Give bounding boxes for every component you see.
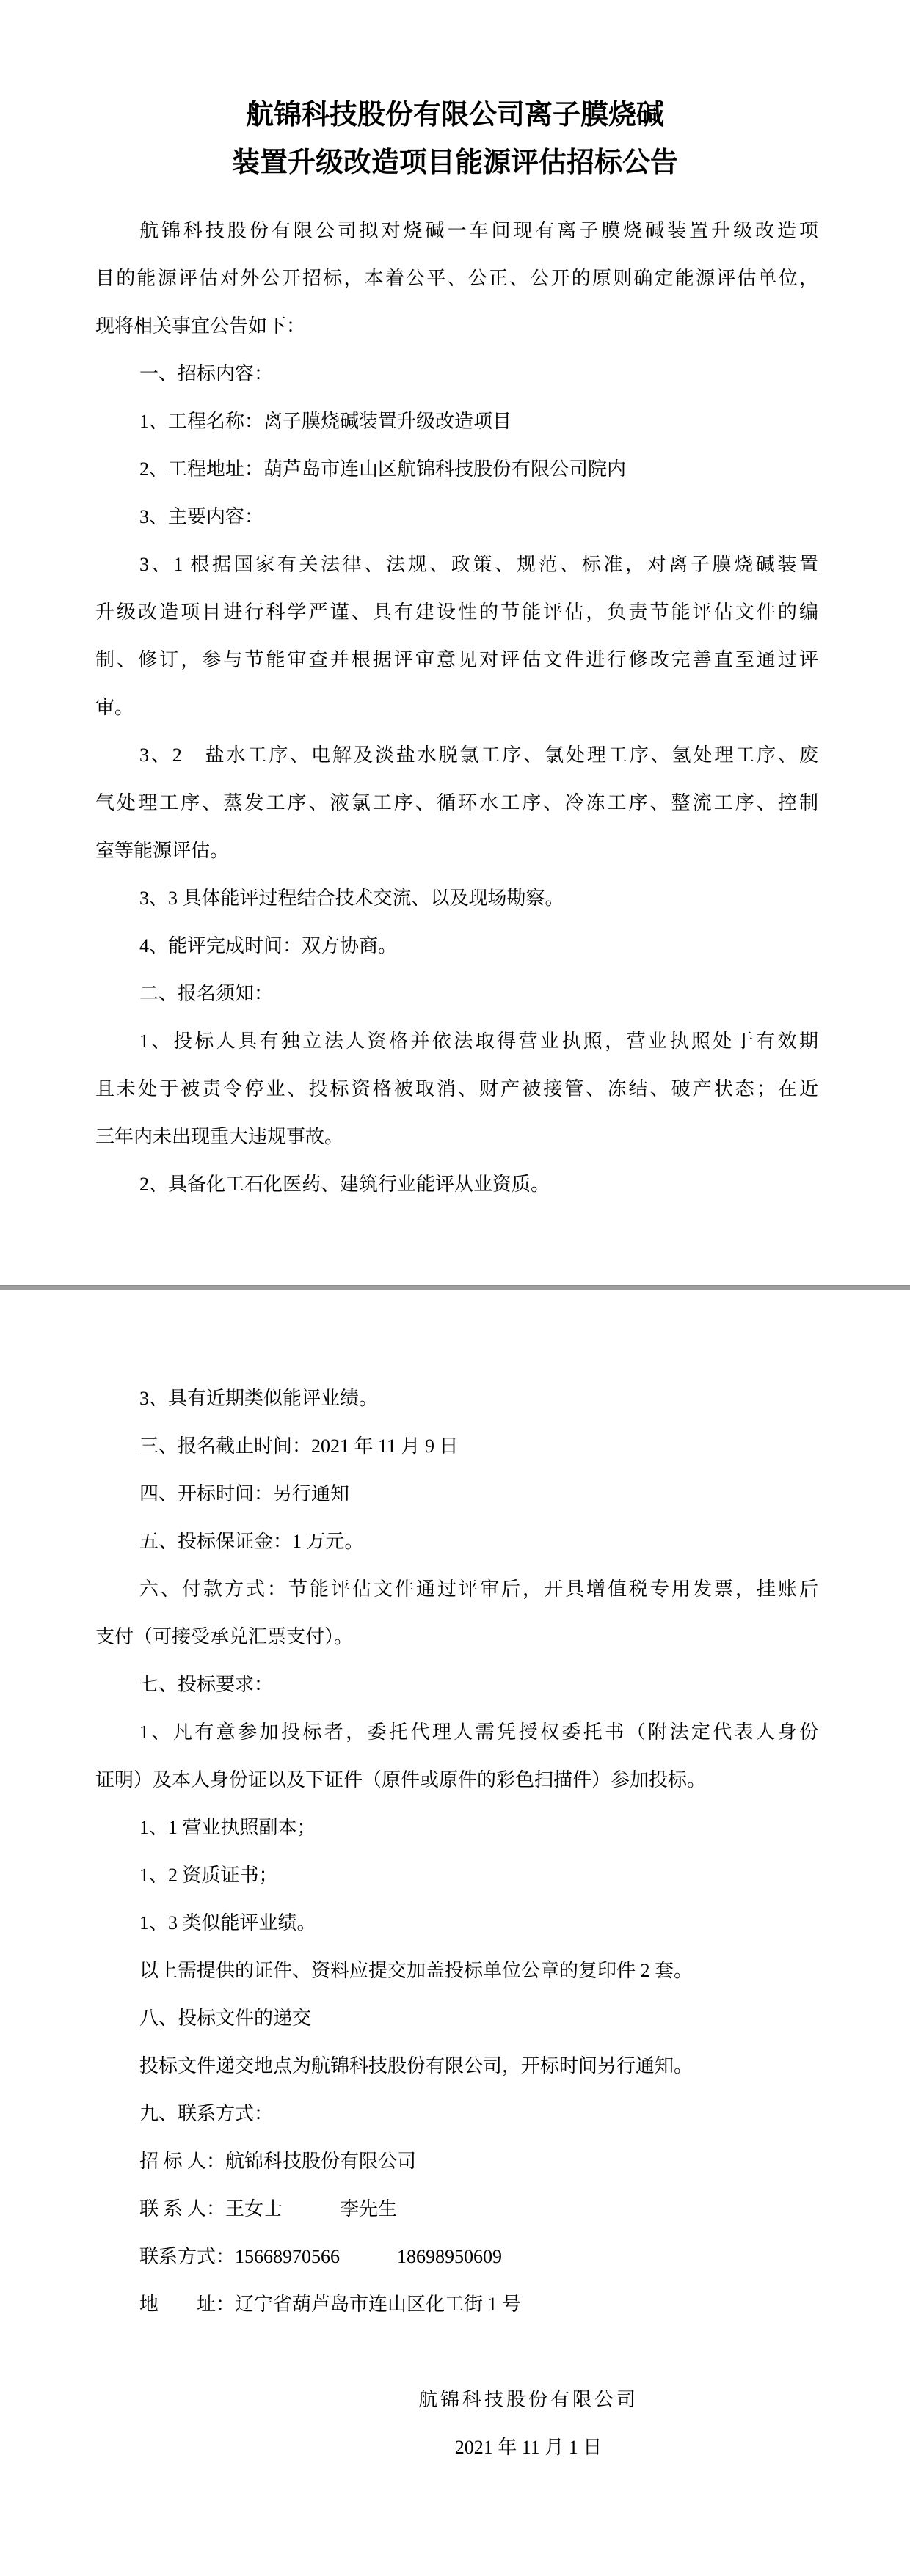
- page1-body: 航锦科技股份有限公司拟对烧碱一车间现有离子膜烧碱装置升级改造项目的能源评估对外公…: [0, 207, 910, 1208]
- text-line: 航锦科技股份有限公司拟对烧碱一车间现有离子膜烧碱装置升级改造项: [0, 207, 910, 255]
- text-line: 证明）及本人身份证以及下证件（原件或原件的彩色扫描件）参加投标。: [0, 1756, 910, 1804]
- text-line: 升级改造项目进行科学严谨、具有建设性的节能评估，负责节能评估文件的编: [0, 588, 910, 636]
- text-line: 现将相关事宜公告如下：: [0, 302, 910, 350]
- text-line: 1、投标人具有独立法人资格并依法取得营业执照，营业执照处于有效期: [0, 1017, 910, 1065]
- text-line: 七、投标要求：: [0, 1661, 910, 1708]
- text-line: 投标文件递交地点为航锦科技股份有限公司，开标时间另行通知。: [0, 2042, 910, 2090]
- text-line: 联 系 人：王女士 李先生: [0, 2185, 910, 2233]
- text-line: 且未处于被责令停业、投标资格被取消、财产被接管、冻结、破产状态；在近: [0, 1065, 910, 1113]
- text-line: 3、具有近期类似能评业绩。: [0, 1375, 910, 1422]
- text-line: 2、具备化工石化医药、建筑行业能评从业资质。: [0, 1160, 910, 1208]
- title-line-2: 装置升级改造项目能源评估招标公告: [0, 139, 910, 187]
- text-line: 3、主要内容：: [0, 493, 910, 541]
- text-line: 六、付款方式：节能评估文件通过评审后，开具增值税专用发票，挂账后: [0, 1565, 910, 1613]
- tender-announcement-document: 航锦科技股份有限公司离子膜烧碱 装置升级改造项目能源评估招标公告 航锦科技股份有…: [0, 0, 910, 2471]
- text-line: 以上需提供的证件、资料应提交加盖投标单位公章的复印件 2 套。: [0, 1947, 910, 1994]
- text-line: 1、1 营业执照副本；: [0, 1804, 910, 1851]
- text-line: 八、投标文件的递交: [0, 1994, 910, 2042]
- text-line: 支付（可接受承兑汇票支付）。: [0, 1613, 910, 1661]
- page-divider: [0, 1285, 910, 1290]
- text-line: 审。: [0, 684, 910, 731]
- text-line: 地 址：辽宁省葫芦岛市连山区化工街 1 号: [0, 2280, 910, 2328]
- text-line: 1、凡有意参加投标者，委托代理人需凭授权委托书（附法定代表人身份: [0, 1708, 910, 1756]
- text-line: 联系方式：15668970566 18698950609: [0, 2233, 910, 2280]
- title-line-1: 航锦科技股份有限公司离子膜烧碱: [0, 92, 910, 139]
- text-line: 1、3 类似能评业绩。: [0, 1899, 910, 1947]
- document-title: 航锦科技股份有限公司离子膜烧碱 装置升级改造项目能源评估招标公告: [0, 0, 910, 187]
- text-line: 一、招标内容：: [0, 350, 910, 398]
- text-line: 1、2 资质证书；: [0, 1851, 910, 1899]
- text-line: 1、工程名称：离子膜烧碱装置升级改造项目: [0, 398, 910, 445]
- text-line: 二、报名须知：: [0, 970, 910, 1017]
- text-line: 招 标 人：航锦科技股份有限公司: [0, 2137, 910, 2185]
- text-line: 目的能源评估对外公开招标，本着公平、公正、公开的原则确定能源评估单位，: [0, 255, 910, 302]
- text-line: 3、2 盐水工序、电解及淡盐水脱氯工序、氯处理工序、氢处理工序、废: [0, 731, 910, 779]
- text-line: 室等能源评估。: [0, 827, 910, 874]
- signature-date: 2021 年 11 月 1 日: [308, 2423, 749, 2471]
- text-line: 三年内未出现重大违规事故。: [0, 1113, 910, 1160]
- text-line: 九、联系方式：: [0, 2090, 910, 2137]
- text-line: 2、工程地址：葫芦岛市连山区航锦科技股份有限公司院内: [0, 445, 910, 493]
- text-line: 3、1 根据国家有关法律、法规、政策、规范、标准，对离子膜烧碱装置: [0, 541, 910, 588]
- signature-company: 航锦科技股份有限公司: [308, 2376, 749, 2423]
- text-line: 五、投标保证金：1 万元。: [0, 1518, 910, 1565]
- page2-body: 3、具有近期类似能评业绩。三、报名截止时间：2021 年 11 月 9 日四、开…: [0, 1375, 910, 2328]
- text-line: 三、报名截止时间：2021 年 11 月 9 日: [0, 1422, 910, 1470]
- text-line: 4、能评完成时间：双方协商。: [0, 922, 910, 970]
- text-line: 3、3 具体能评过程结合技术交流、以及现场勘察。: [0, 874, 910, 922]
- signature-block: 航锦科技股份有限公司 2021 年 11 月 1 日: [308, 2376, 749, 2471]
- text-line: 制、修订，参与节能审查并根据评审意见对评估文件进行修改完善直至通过评: [0, 636, 910, 684]
- text-line: 气处理工序、蒸发工序、液氯工序、循环水工序、冷冻工序、整流工序、控制: [0, 779, 910, 827]
- text-line: 四、开标时间：另行通知: [0, 1470, 910, 1518]
